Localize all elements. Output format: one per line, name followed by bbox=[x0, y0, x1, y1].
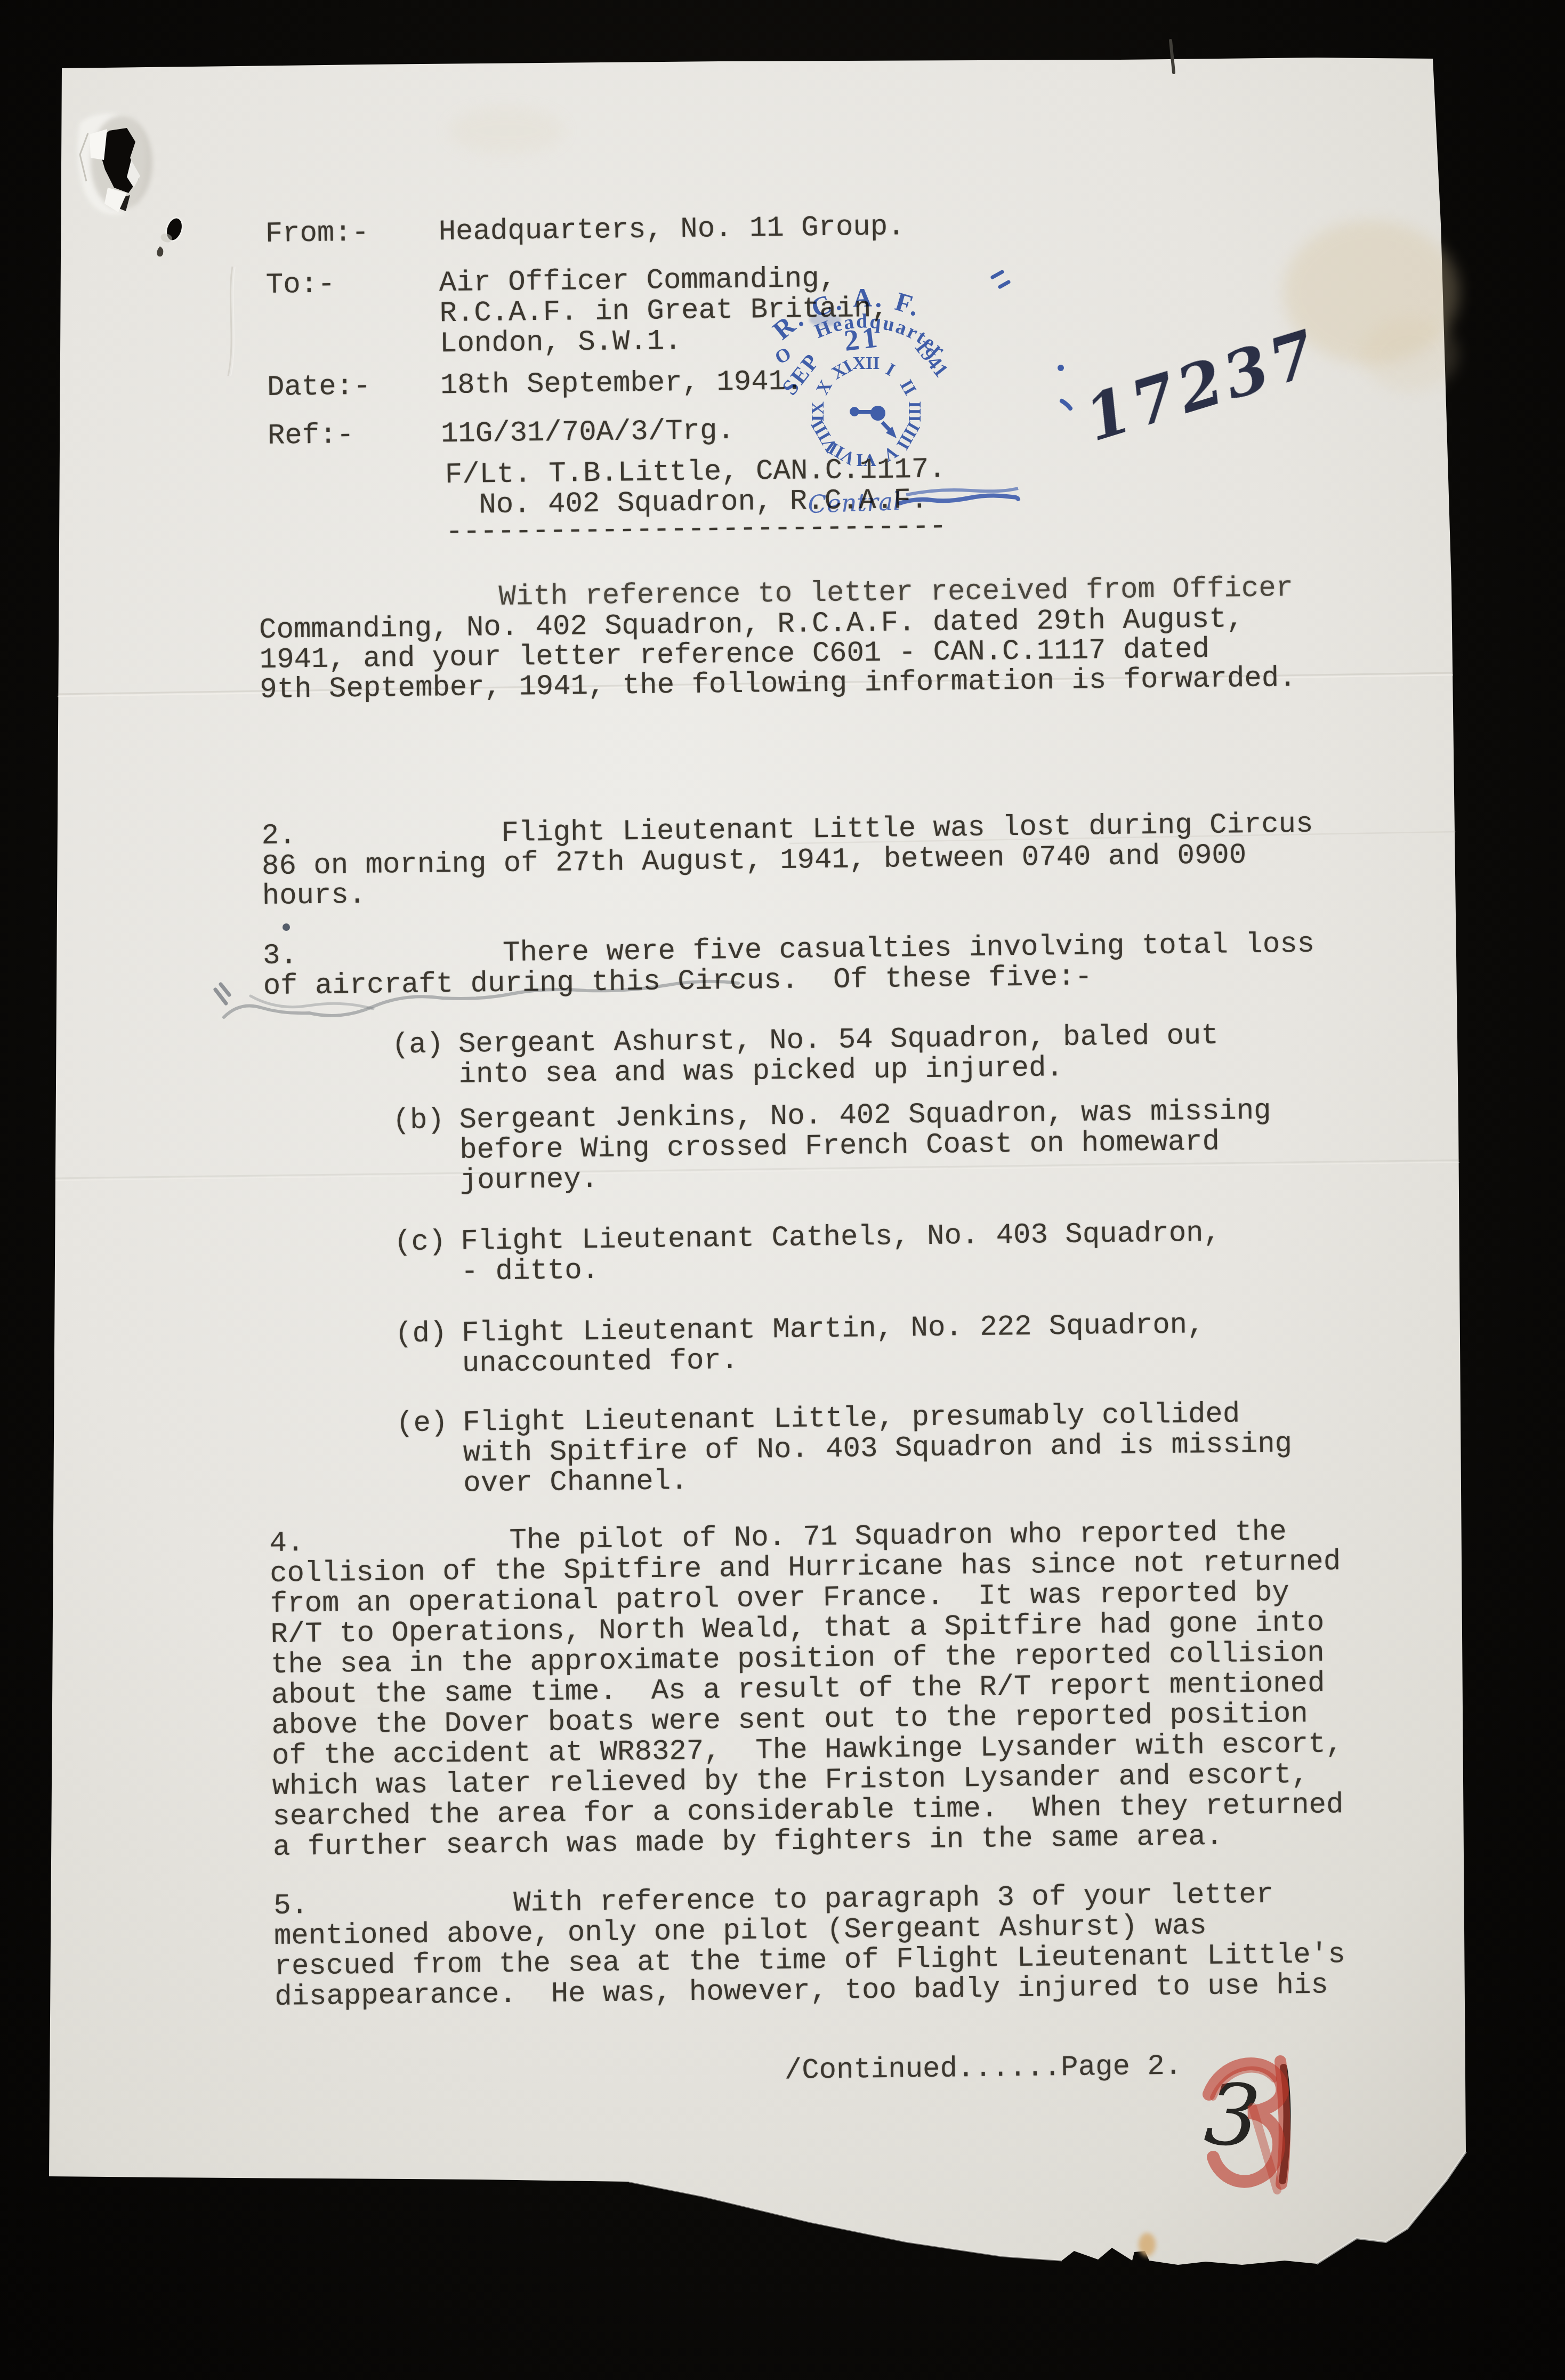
clock-numeral: IX bbox=[808, 401, 828, 422]
photograph-of-letter: From:- Headquarters, No. 11 Group. To:- … bbox=[0, 0, 1565, 2380]
clock-numeral: IIII bbox=[892, 419, 924, 453]
stamp-zero: O bbox=[771, 343, 795, 368]
pencil-scribble bbox=[215, 923, 738, 1017]
rcaf-date-stamp: R. C. A. F. Headquarters 1941 21 SEP O X… bbox=[0, 0, 1070, 470]
clock-numeral: X bbox=[812, 376, 836, 398]
page-mark: 3 bbox=[1201, 2061, 1287, 2190]
clock-numeral: XII bbox=[852, 353, 880, 373]
file-number-handwriting: 17237 bbox=[1077, 315, 1328, 456]
clock-numeral: I bbox=[882, 359, 898, 380]
clock-numeral: XI bbox=[828, 356, 856, 383]
registry-word: Central bbox=[807, 487, 901, 519]
registry-handwriting: Central bbox=[807, 487, 1018, 519]
stamp-clock-hand bbox=[850, 406, 897, 438]
clock-numeral: VI bbox=[856, 450, 876, 470]
stamp-day: 21 bbox=[842, 320, 882, 358]
clock-numeral: II bbox=[896, 376, 920, 398]
